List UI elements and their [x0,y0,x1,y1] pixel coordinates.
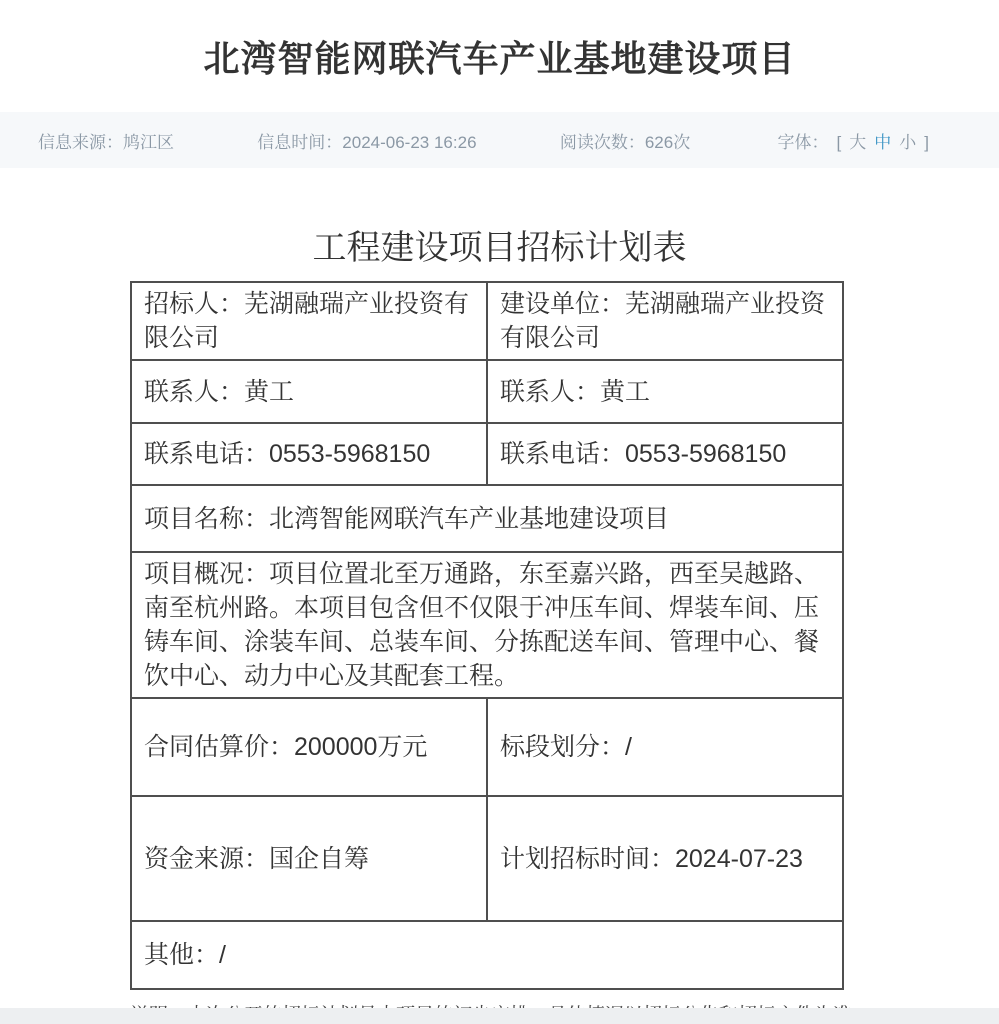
construction-unit-cell: 建设单位：芜湖融瑞产业投资有限公司 [487,282,843,360]
info-views-value: 626次 [645,133,690,152]
table-row: 资金来源：国企自筹 计划招标时间：2024-07-23 [131,796,843,921]
info-views-label: 阅读次数： [560,133,645,152]
font-size-small-button[interactable]: 小 [895,133,920,152]
info-source-label: 信息来源： [38,133,123,152]
font-switch-bracket-open: [ [833,133,846,152]
contract-estimate-cell: 合同估算价：200000万元 [131,698,487,796]
table-row: 合同估算价：200000万元 标段划分：/ [131,698,843,796]
funding-source-cell: 资金来源：国企自筹 [131,796,487,921]
planned-tender-date-cell: 计划招标时间：2024-07-23 [487,796,843,921]
page-title: 北湾智能网联汽车产业基地建设项目 [20,34,979,84]
font-size-medium-button[interactable]: 中 [870,133,895,152]
phone-left-cell: 联系电话：0553-5968150 [131,423,487,485]
contact-right-cell: 联系人：黄工 [487,360,843,423]
font-size-large-button[interactable]: 大 [845,133,870,152]
table-title: 工程建设项目招标计划表 [0,220,999,269]
contact-left-cell: 联系人：黄工 [131,360,487,423]
page-bottom-edge [0,1008,999,1024]
tenderer-cell: 招标人：芜湖融瑞产业投资有限公司 [131,282,487,360]
bid-section-cell: 标段划分：/ [487,698,843,796]
table-row: 联系人：黄工 联系人：黄工 [131,360,843,423]
table-row: 联系电话：0553-5968150 联系电话：0553-5968150 [131,423,843,485]
table-row: 其他：/ [131,921,843,989]
other-cell: 其他：/ [131,921,843,989]
phone-right-cell: 联系电话：0553-5968150 [487,423,843,485]
font-switch-label: 字体： [774,133,833,152]
info-source: 信息来源：鸠江区 [38,128,174,153]
info-time-value: 2024-06-23 16:26 [342,133,476,152]
tender-plan-table: 招标人：芜湖融瑞产业投资有限公司 建设单位：芜湖融瑞产业投资有限公司 联系人：黄… [130,281,844,990]
project-overview-cell: 项目概况：项目位置北至万通路，东至嘉兴路，西至吴越路、南至杭州路。本项目包含但不… [131,552,843,698]
font-size-switch: 字体：[大中小] [774,128,933,153]
info-bar: 信息来源：鸠江区 信息时间：2024-06-23 16:26 阅读次数：626次… [0,112,999,168]
font-switch-bracket-close: ] [920,133,933,152]
info-views: 阅读次数：626次 [560,128,690,153]
project-name-cell: 项目名称：北湾智能网联汽车产业基地建设项目 [131,485,843,552]
info-source-value: 鸠江区 [123,133,174,152]
info-time: 信息时间：2024-06-23 16:26 [257,128,476,153]
info-time-label: 信息时间： [257,133,342,152]
table-row: 项目概况：项目位置北至万通路，东至嘉兴路，西至吴越路、南至杭州路。本项目包含但不… [131,552,843,698]
table-row: 项目名称：北湾智能网联汽车产业基地建设项目 [131,485,843,552]
table-row: 招标人：芜湖融瑞产业投资有限公司 建设单位：芜湖融瑞产业投资有限公司 [131,282,843,360]
